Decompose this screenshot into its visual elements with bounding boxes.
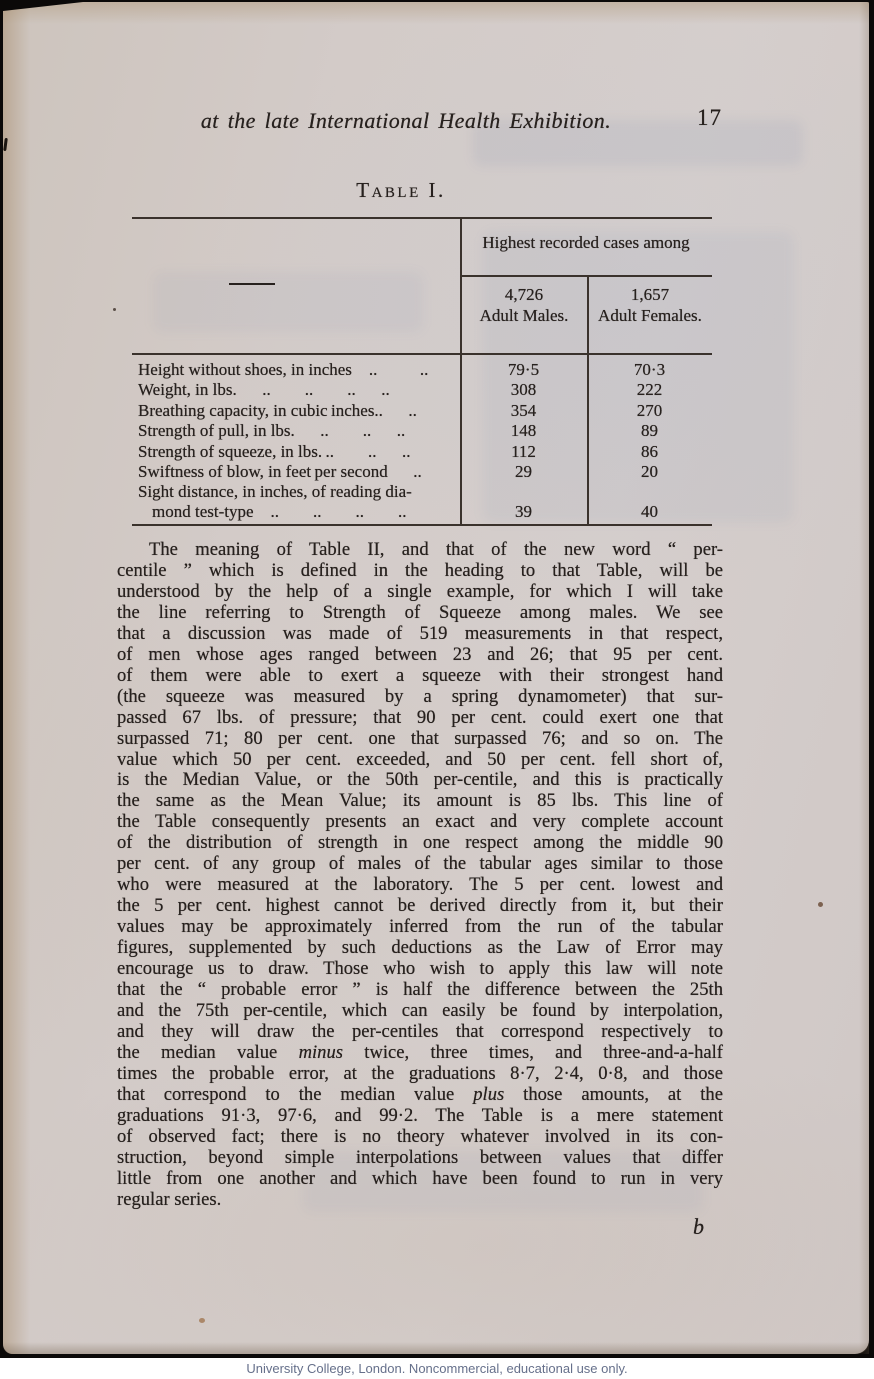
row-label: Strength of pull, in lbs. .. .. .. (132, 421, 460, 441)
males-label: Adult Males. (461, 305, 587, 326)
speck (113, 308, 116, 311)
table-rule-top (132, 217, 712, 219)
paragraph-line: that a discussion was made of 519 measur… (117, 624, 723, 645)
measurement-table: Highest recorded cases among 4,726 Adult… (132, 217, 712, 529)
paragraph-line: (the squeeze was measured by a spring dy… (117, 687, 723, 708)
page-edge-top (3, 2, 869, 24)
female-value: 20 (587, 462, 712, 482)
males-count: 4,726 (461, 284, 587, 305)
row-label-line: mond test-type .. .. .. .. (138, 502, 460, 522)
speck (818, 902, 823, 907)
table-row: Sight distance, in inches, of reading di… (132, 482, 712, 523)
paragraph-line: The meaning of Table II, and that of the… (117, 540, 723, 561)
paragraph-line: little from one another and which have b… (117, 1169, 723, 1190)
paragraph-line: of observed fact; there is no theory wha… (117, 1127, 723, 1148)
row-label-line: Breathing capacity, in cubic inches.. .. (138, 401, 460, 421)
paragraph-line: and they will draw the per-centiles that… (117, 1022, 723, 1043)
row-label-line: Weight, in lbs. .. .. .. .. (138, 380, 460, 400)
female-value: 86 (587, 442, 712, 462)
running-header: at the late International Health Exhibit… (63, 108, 749, 134)
paragraph-line: encourage us to draw. Those who wish to … (117, 959, 723, 980)
table-body: Height without shoes, in inches .. ..79·… (132, 360, 712, 523)
paragraph-line: and the 75th per-centile, which can easi… (117, 1001, 723, 1022)
column-header-females: 1,657 Adult Females. (588, 284, 712, 326)
paragraph-line: the same as the Mean Value; its amount i… (117, 791, 723, 812)
paragraph-line: who were measured at the laboratory. The… (117, 875, 723, 896)
page-number: 17 (697, 105, 722, 131)
paragraph-line: times the probable error, at the graduat… (117, 1064, 723, 1085)
male-value: 29 (460, 462, 587, 482)
credit-line: University College, London. Noncommercia… (246, 1361, 627, 1376)
row-label-line: Strength of squeeze, in lbs. .. .. .. (138, 442, 460, 462)
table-spanner-heading: Highest recorded cases among (462, 233, 710, 253)
paragraph-line: regular series. (117, 1190, 723, 1211)
paragraph-line: that the “ probable error ” is half the … (117, 980, 723, 1001)
table-row: Swiftness of blow, in feet per second ..… (132, 462, 712, 482)
paragraph-line: of the distribution of strength in one r… (117, 833, 723, 854)
male-value: 148 (460, 421, 587, 441)
page-edge-right (859, 2, 869, 1354)
table-rule-spanner (460, 275, 712, 277)
row-label: Swiftness of blow, in feet per second .. (132, 462, 460, 482)
female-value: 89 (587, 421, 712, 441)
row-label: Sight distance, in inches, of reading di… (132, 482, 460, 523)
paragraph-line: of them were able to exert a squeeze wit… (117, 666, 723, 687)
paragraph-line: value which 50 per cent. exceeded, and 5… (117, 750, 723, 771)
females-label: Adult Females. (588, 305, 712, 326)
male-value: 354 (460, 401, 587, 421)
speck (199, 1318, 205, 1323)
paragraph-line: the 5 per cent. highest cannot be derive… (117, 896, 723, 917)
paragraph-line: passed 67 lbs. of pressure; that 90 per … (117, 708, 723, 729)
row-label: Breathing capacity, in cubic inches.. .. (132, 401, 460, 421)
male-value: 79·5 (460, 360, 587, 380)
table-row: Strength of pull, in lbs. .. .. ..14889 (132, 421, 712, 441)
paragraph-line: that correspond to the median value plus… (117, 1085, 723, 1106)
table-row: Breathing capacity, in cubic inches.. ..… (132, 401, 712, 421)
row-label-line: Sight distance, in inches, of reading di… (138, 482, 460, 502)
scan-corner-shadow (3, 2, 83, 11)
page-edge-bottom (3, 1342, 869, 1354)
table-row: Height without shoes, in inches .. ..79·… (132, 360, 712, 380)
male-value: 112 (460, 442, 587, 462)
male-value: 308 (460, 380, 587, 400)
table-rule-header (132, 353, 712, 355)
table-row: Strength of squeeze, in lbs. .. .. ..112… (132, 442, 712, 462)
paragraph-line: figures, supplemented by such deductions… (117, 938, 723, 959)
paragraph-line: values may be approximately inferred fro… (117, 917, 723, 938)
female-value: 222 (587, 380, 712, 400)
female-value: 40 (587, 482, 712, 523)
row-label-line: Strength of pull, in lbs. .. .. .. (138, 421, 460, 441)
female-value: 270 (587, 401, 712, 421)
page-edge-left (3, 2, 30, 1354)
digitization-credit-strip: University College, London. Noncommercia… (0, 1358, 874, 1379)
scanner-background: at the late International Health Exhibit… (0, 0, 874, 1358)
column-header-males: 4,726 Adult Males. (461, 284, 587, 326)
table-row: Weight, in lbs. .. .. .. ..308222 (132, 380, 712, 400)
females-count: 1,657 (588, 284, 712, 305)
paragraph-line: per cent. of any group of males of the t… (117, 854, 723, 875)
signature-mark: b (693, 1214, 704, 1240)
paragraph-line: graduations 91·3, 97·6, and 99·2. The Ta… (117, 1106, 723, 1127)
paragraph-line: struction, beyond simple interpolations … (117, 1148, 723, 1169)
paragraph-line: surpassed 71; 80 per cent. one that surp… (117, 729, 723, 750)
paragraph-line: of men whose ages ranged between 23 and … (117, 645, 723, 666)
stub-column-dash (229, 283, 275, 285)
male-value: 39 (460, 482, 587, 523)
paragraph-line: the line referring to Strength of Squeez… (117, 603, 723, 624)
row-label: Strength of squeeze, in lbs. .. .. .. (132, 442, 460, 462)
paragraph-line: centile ” which is defined in the headin… (117, 561, 723, 582)
paragraph-line: is the Median Value, or the 50th per-cen… (117, 770, 723, 791)
row-label: Weight, in lbs. .. .. .. .. (132, 380, 460, 400)
scanned-book-page: at the late International Health Exhibit… (0, 0, 874, 1379)
body-paragraph: The meaning of Table II, and that of the… (117, 540, 723, 1211)
row-label-line: Swiftness of blow, in feet per second .. (138, 462, 460, 482)
paragraph-line: the Table consequently presents an exact… (117, 812, 723, 833)
row-label: Height without shoes, in inches .. .. (132, 360, 460, 380)
paragraph-line: the median value minus twice, three time… (117, 1043, 723, 1064)
female-value: 70·3 (587, 360, 712, 380)
table-rule-bottom (132, 524, 712, 526)
paragraph-line: understood by the help of a single examp… (117, 582, 723, 603)
row-label-line: Height without shoes, in inches .. .. (138, 360, 460, 380)
book-page: at the late International Health Exhibit… (3, 2, 869, 1354)
table-title: Table I. (3, 178, 799, 203)
